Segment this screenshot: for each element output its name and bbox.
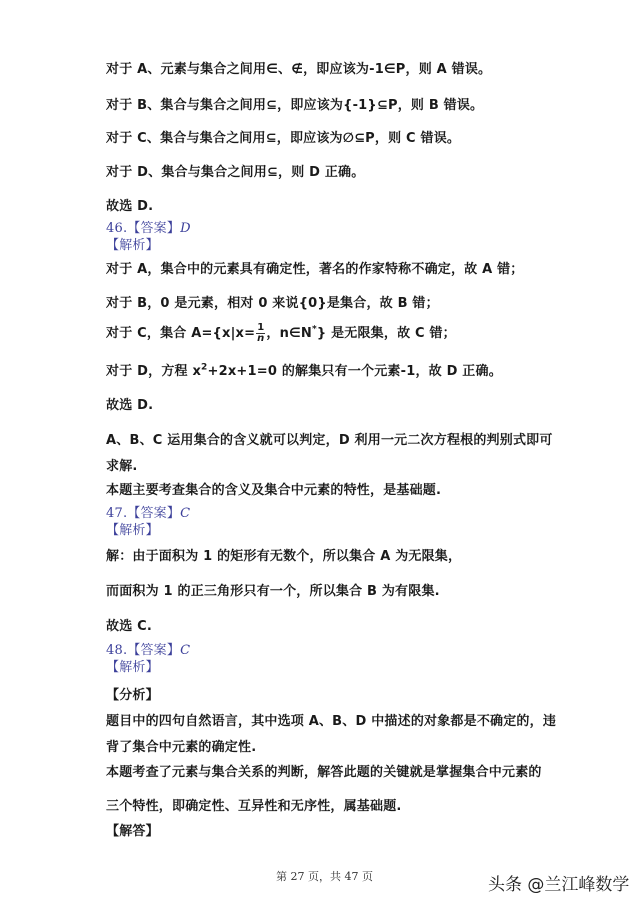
text-line: 求解. bbox=[106, 455, 138, 474]
text-line: 对于 B、集合与集合之间用⊆，即应该为{-1}⊆P，则 B 错误。 bbox=[106, 94, 483, 113]
text-line: 故选 D. bbox=[106, 394, 153, 413]
section-label-fenxi: 【分析】 bbox=[106, 684, 159, 703]
text-line: 而面积为 1 的正三角形只有一个，所以集合 B 为有限集. bbox=[106, 580, 440, 599]
page-footer: 第 27 页，共 47 页 bbox=[276, 868, 373, 884]
text-line: 对于 D、集合与集合之间用⊆，则 D 正确。 bbox=[106, 161, 364, 180]
denominator: n bbox=[256, 334, 265, 344]
text: 对于 D，方程 x bbox=[106, 364, 201, 379]
text-line: 对于 A、元素与集合之间用∈、∉，即应该为-1∈P，则 A 错误。 bbox=[106, 58, 491, 77]
fraction: 1n bbox=[256, 323, 265, 344]
text-line: 对于 B，0 是元素，相对 0 来说{0}是集合，故 B 错； bbox=[106, 292, 439, 311]
text-line: 题目中的四句自然语言，其中选项 A、B、D 中描述的对象都是不确定的，违 bbox=[106, 710, 556, 729]
text: ，n∈N bbox=[266, 326, 312, 341]
text-line: 故选 C. bbox=[106, 615, 152, 634]
analysis-label-47: 【解析】 bbox=[106, 519, 159, 538]
text-line: A、B、C 运用集合的含义就可以判定，D 利用一元二次方程根的判别式即可 bbox=[106, 429, 553, 448]
text: } 是无限集，故 C 错； bbox=[317, 326, 456, 341]
analysis-label-46: 【解析】 bbox=[106, 234, 159, 253]
text-line: 故选 D. bbox=[106, 195, 153, 214]
text-line: 三个特性，即确定性、互异性和无序性，属基础题. bbox=[106, 795, 402, 814]
text-line: 对于 D，方程 x2+2x+1=0 的解集只有一个元素-1，故 D 正确。 bbox=[106, 360, 502, 379]
text-line: 背了集合中元素的确定性. bbox=[106, 736, 256, 755]
text-line: 本题考查了元素与集合关系的判断，解答此题的关键就是掌握集合中元素的 bbox=[106, 761, 542, 780]
watermark: 头条 @兰江峰数学 bbox=[488, 870, 629, 895]
answer-value: C bbox=[180, 643, 190, 658]
text-line: 对于 A，集合中的元素具有确定性，著名的作家特称不确定，故 A 错； bbox=[106, 258, 524, 277]
text: +2x+1=0 的解集只有一个元素-1，故 D 正确。 bbox=[208, 364, 502, 379]
text-line-with-fraction: 对于 C，集合 A={x|x=1n，n∈N*} 是无限集，故 C 错； bbox=[106, 322, 456, 344]
analysis-label-48: 【解析】 bbox=[106, 656, 159, 675]
answer-value: D bbox=[180, 221, 191, 236]
text: 对于 C，集合 A={x|x= bbox=[106, 326, 255, 341]
section-label-jieda: 【解答】 bbox=[106, 820, 159, 839]
text-line: 解：由于面积为 1 的矩形有无数个，所以集合 A 为无限集， bbox=[106, 545, 461, 564]
answer-value: C bbox=[180, 506, 190, 521]
text-line: 对于 C、集合与集合之间用⊆，即应该为∅⊆P，则 C 错误。 bbox=[106, 127, 460, 146]
text-line: 本题主要考查集合的含义及集合中元素的特性，是基础题. bbox=[106, 479, 441, 498]
